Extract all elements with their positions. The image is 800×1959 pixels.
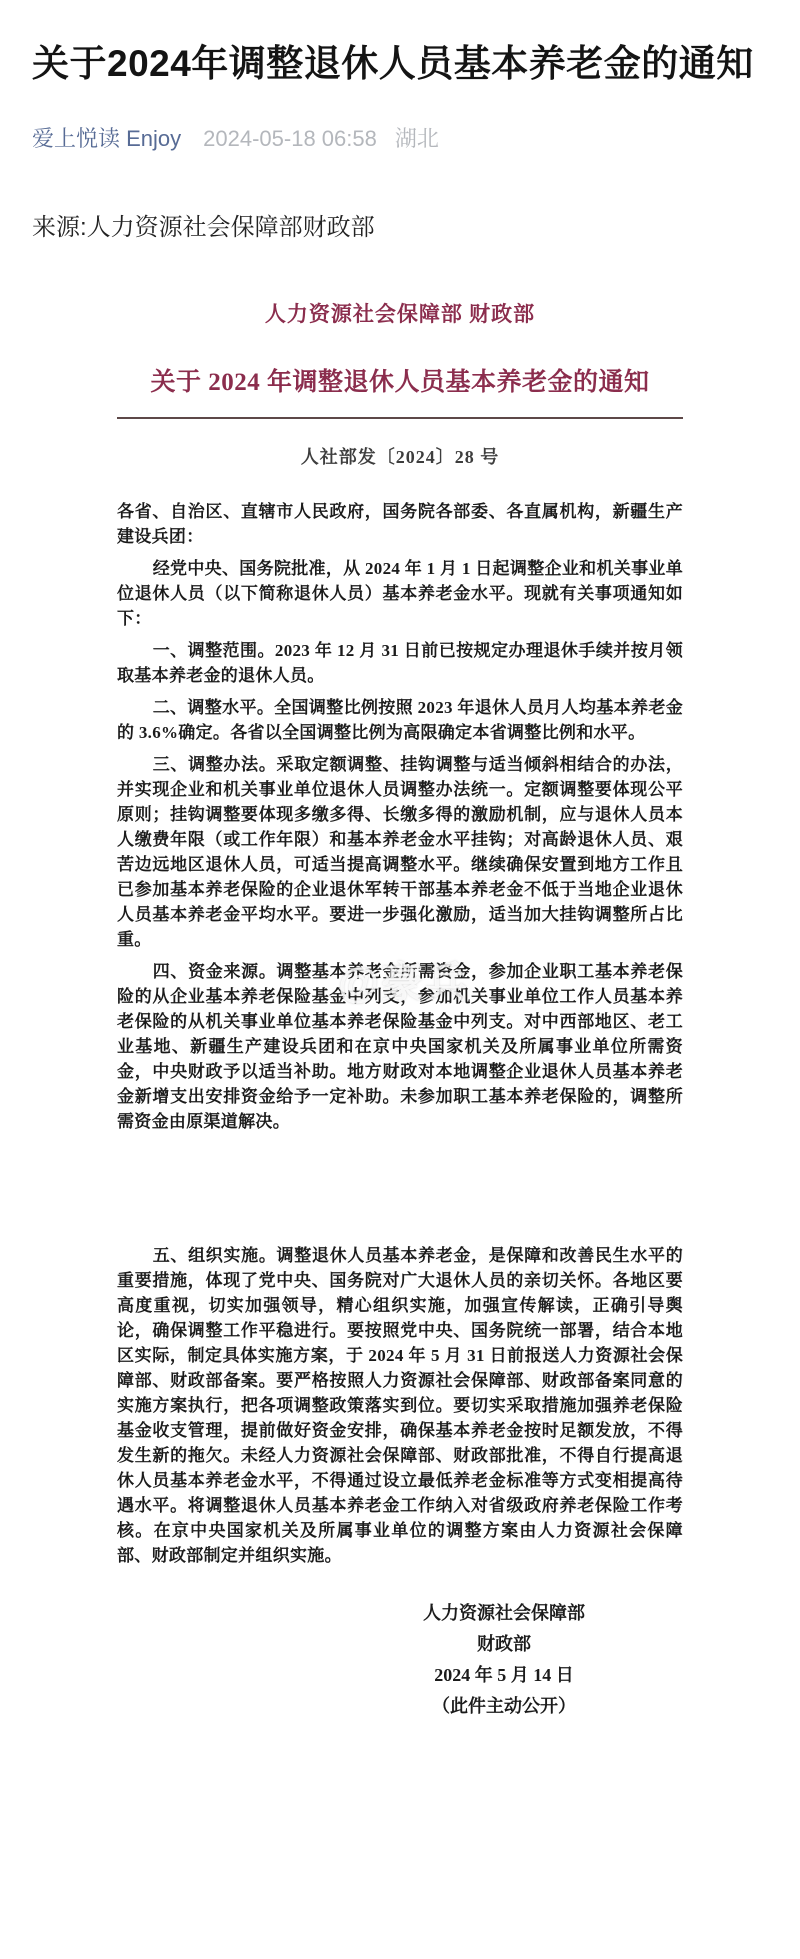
publish-datetime: 2024-05-18 06:58 xyxy=(203,126,377,152)
doc-issuing-agencies: 人力资源社会保障部 财政部 xyxy=(117,298,683,328)
doc-page-1: 人力资源社会保障部 财政部 关于 2024 年调整退休人员基本养老金的通知 人社… xyxy=(117,298,683,1134)
author-link[interactable]: 爱上悦读 Enjoy xyxy=(32,122,181,153)
doc-body-page2: 五、组织实施。调整退休人员基本养老金，是保障和改善民生水平的重要措施，体现了党中… xyxy=(117,1243,683,1568)
doc-signature-block: 人力资源社会保障部 财政部 2024 年 5 月 14 日 （此件主动公开） xyxy=(423,1598,585,1722)
article-title: 关于2024年调整退休人员基本养老金的通知 xyxy=(32,36,768,92)
doc-number: 人社部发〔2024〕28 号 xyxy=(117,443,683,469)
document-scan-image[interactable]: 人力资源社会保障部 财政部 关于 2024 年调整退休人员基本养老金的通知 人社… xyxy=(117,298,683,1722)
source-line: 来源:人力资源社会保障部财政部 xyxy=(0,207,800,242)
doc-paragraph: 三、调整办法。采取定额调整、挂钩调整与适当倾斜相结合的办法，并实现企业和机关事业… xyxy=(117,752,683,952)
doc-body-page1: 各省、自治区、直辖市人民政府，国务院各部委、各直属机构，新疆生产建设兵团： 经党… xyxy=(117,499,683,1134)
doc-paragraph: 五、组织实施。调整退休人员基本养老金，是保障和改善民生水平的重要措施，体现了党中… xyxy=(117,1243,683,1568)
byline: 爱上悦读 Enjoy 2024-05-18 06:58 湖北 xyxy=(32,122,768,153)
doc-paragraph: 二、调整水平。全国调整比例按照 2023 年退休人员月人均基本养老金的 3.6%… xyxy=(117,695,683,745)
article-page: 关于2024年调整退休人员基本养老金的通知 爱上悦读 Enjoy 2024-05… xyxy=(0,0,800,1959)
doc-paragraph: 四、资金来源。调整基本养老金所需资金，参加企业职工基本养老保险的从企业基本养老保… xyxy=(117,959,683,1134)
doc-paragraph: 一、调整范围。2023 年 12 月 31 日前已按规定办理退休手续并按月领取基… xyxy=(117,638,683,688)
signature-date: 2024 年 5 月 14 日 xyxy=(423,1660,585,1691)
doc-page-2: 五、组织实施。调整退休人员基本养老金，是保障和改善民生水平的重要措施，体现了党中… xyxy=(117,1243,683,1722)
signature-org-2: 财政部 xyxy=(423,1629,585,1660)
doc-title: 关于 2024 年调整退休人员基本养老金的通知 xyxy=(117,362,683,398)
doc-addressee: 各省、自治区、直辖市人民政府，国务院各部委、各直属机构，新疆生产建设兵团： xyxy=(117,499,683,549)
doc-paragraph: 经党中央、国务院批准，从 2024 年 1 月 1 日起调整企业和机关事业单位退… xyxy=(117,556,683,631)
article-header: 关于2024年调整退休人员基本养老金的通知 爱上悦读 Enjoy 2024-05… xyxy=(0,0,800,153)
doc-divider-rule xyxy=(117,417,683,419)
scan-page-gap xyxy=(117,1141,683,1243)
signature-disclosure-note: （此件主动公开） xyxy=(423,1691,585,1722)
signature-org-1: 人力资源社会保障部 xyxy=(423,1598,585,1629)
publish-location: 湖北 xyxy=(395,122,439,153)
